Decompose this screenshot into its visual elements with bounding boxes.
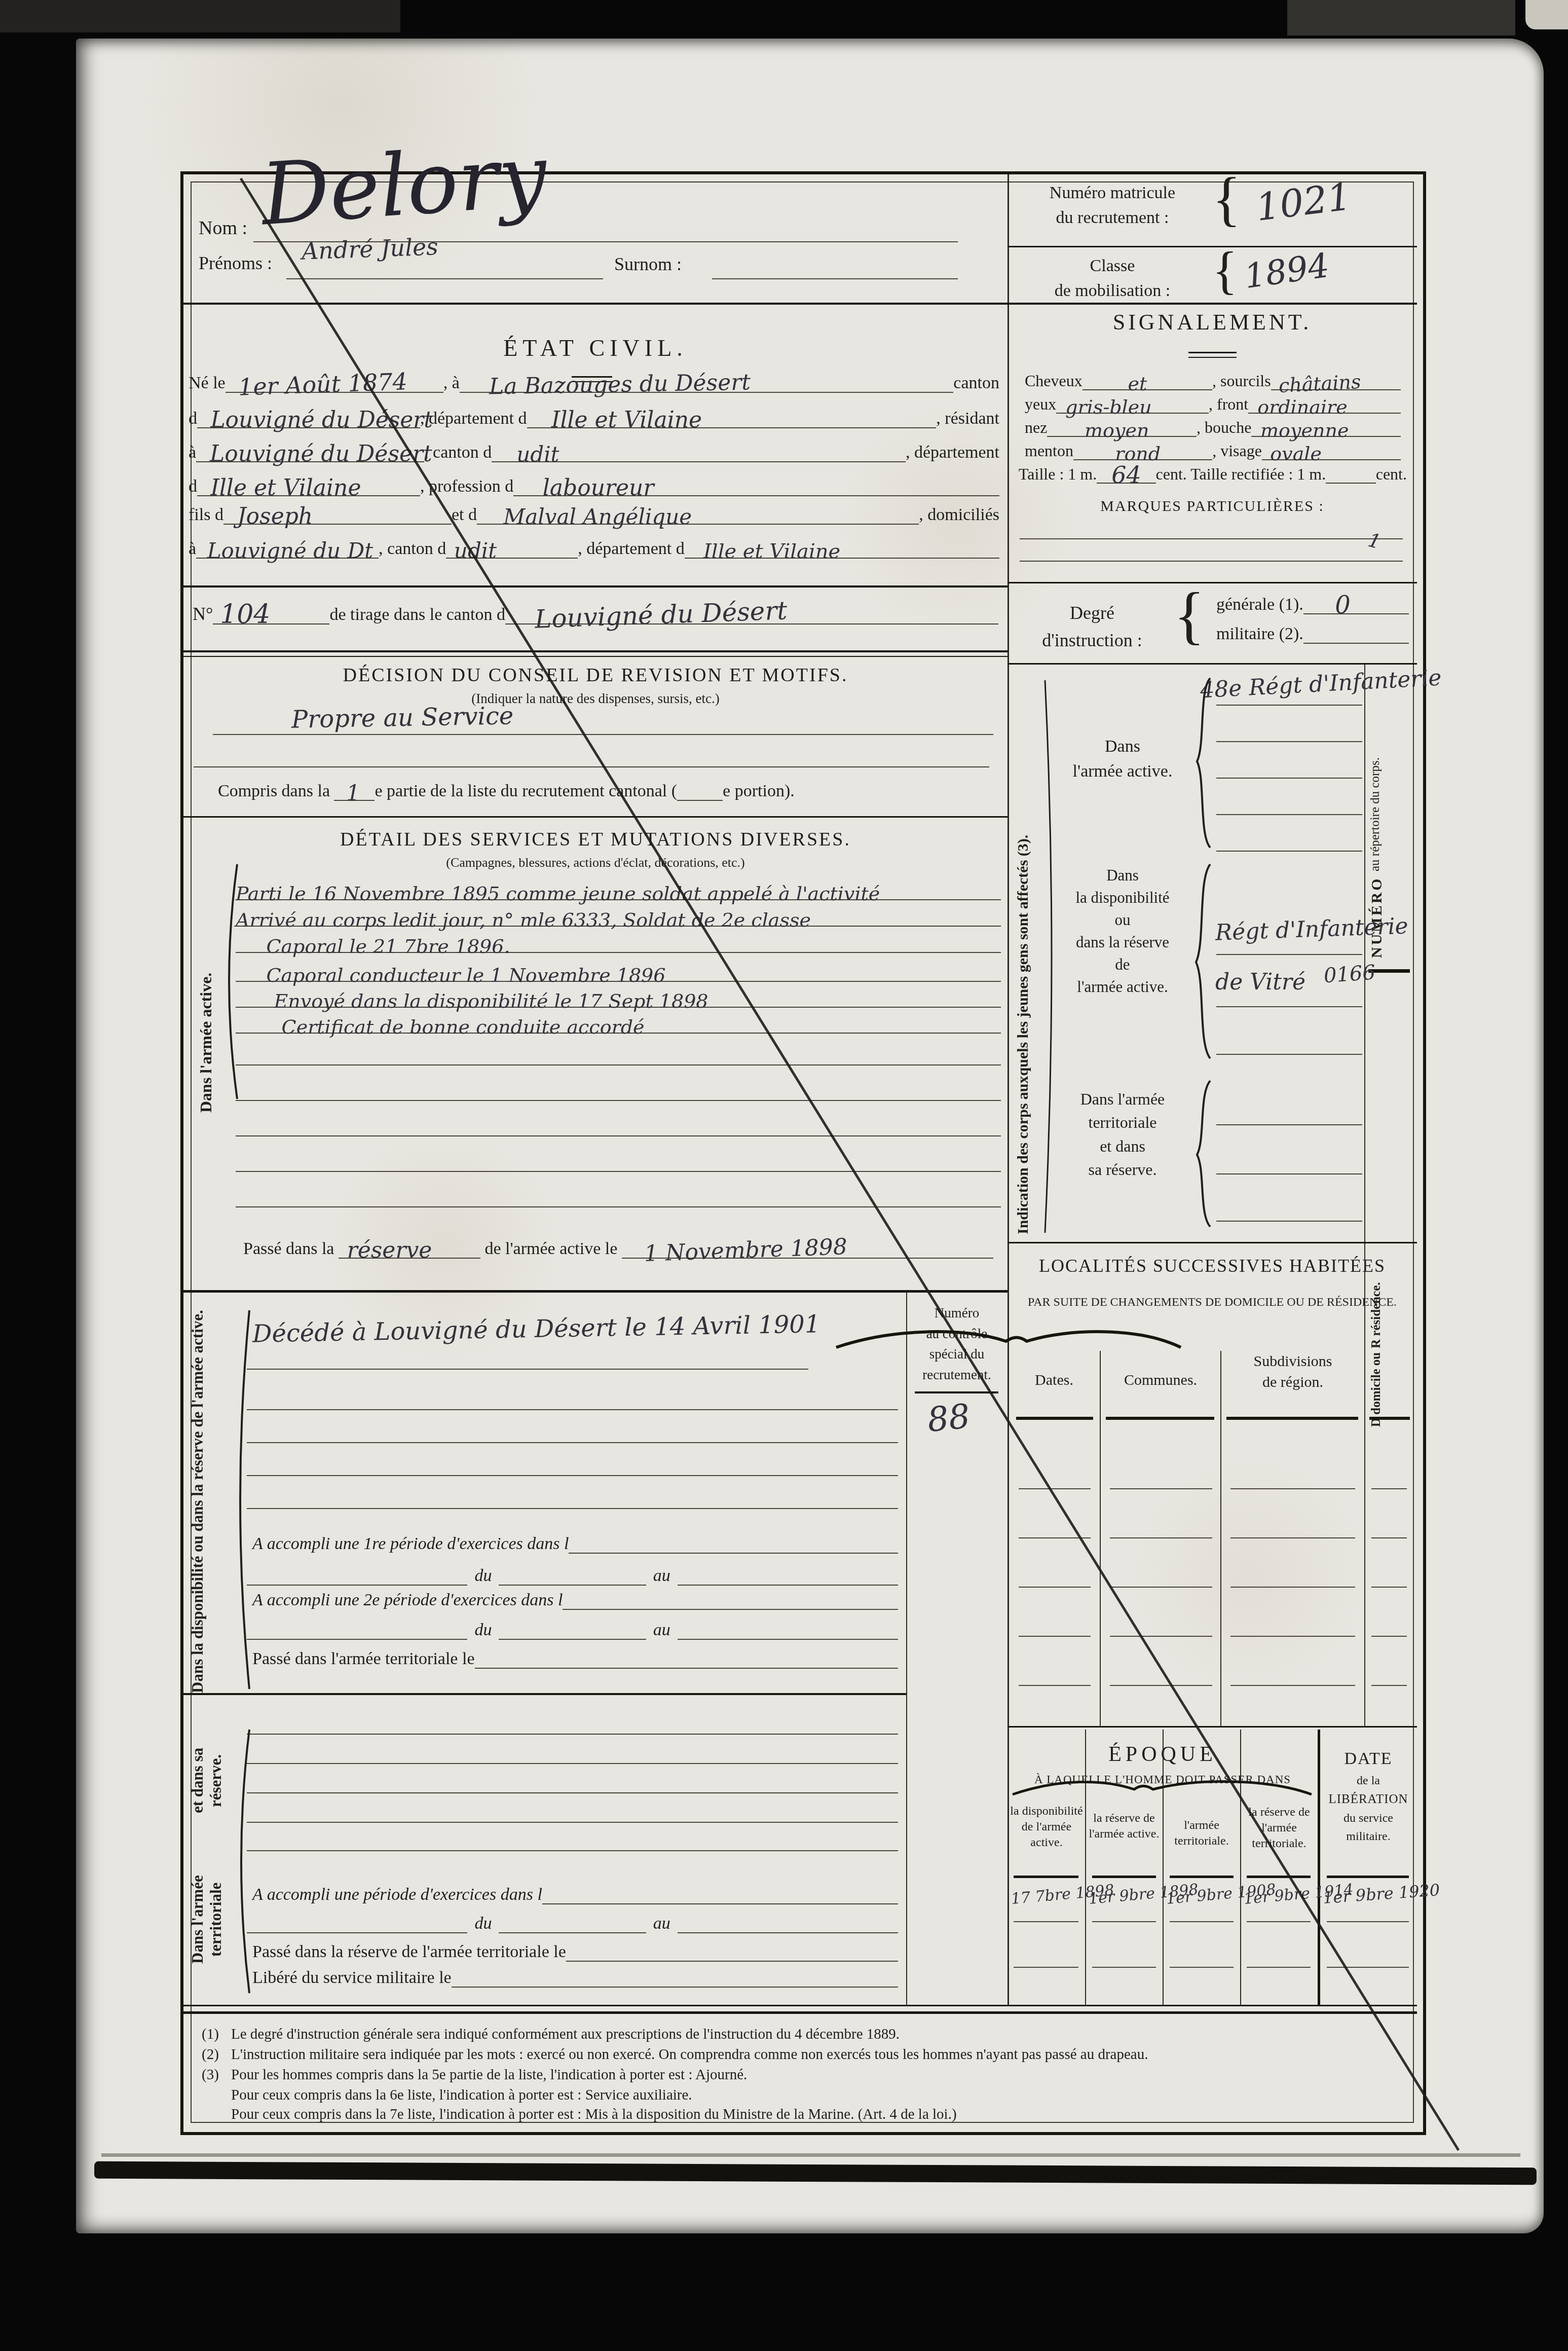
canton-residence-value: udit [516,444,559,465]
profession-field: laboureur [513,495,999,496]
classe-label: Classe de mobilisation : [1014,253,1211,304]
footnote-3c-text: Pour ceux compris dans la 7e liste, l'in… [231,2106,957,2123]
et-d-label: et d [452,505,477,525]
footnotes-top-rule-a [183,2005,1417,2006]
epoque-value-line [1014,1921,1078,1922]
disponibilite-side-label: Dans la disponibilité ou dans la réserve… [189,1308,207,1693]
mere-value: Malval Angélique [503,506,692,528]
double-rule-b [183,656,1007,657]
corps-dispo-numero: 0166 [1323,962,1376,986]
epoque-divider-3 [1240,1730,1241,2005]
footnote-2-text: L'instruction militaire sera indiquée pa… [231,2046,1148,2064]
matricule-label-line1: Numéro matricule [1014,180,1211,205]
epoque-value-line [1092,1921,1156,1922]
localites-header-bar [1369,1417,1410,1420]
localites-title: LOCALITÉS SUCCESSIVES HABITÉES [1007,1256,1417,1276]
service-entry: Parti le 16 Novembre 1895 comme jeune so… [236,871,1001,900]
visage-label: , visage [1212,442,1262,460]
controle-rule [915,1391,998,1393]
blank-line [247,1850,898,1851]
degre-label-line1: Degré [1016,599,1168,627]
corps-terr-line3: et dans [1059,1134,1186,1158]
periode1-line: A accompli une 1re période d'exercices d… [252,1526,898,1554]
corps-dispo-label: Dans la disponibilité ou dans la réserve… [1059,864,1186,998]
disponibilite-side-line1: Dans la disponibilité [189,1556,207,1693]
signalement-row-yeux: yeux gris-bleu , front ordinaire [1025,390,1401,414]
degre-generale-label: générale (1). [1216,595,1303,614]
subdivisions-line2: de région. [1221,1372,1364,1393]
departement-d-label: , département d [578,539,685,559]
corps-dispo-line5: de [1059,953,1186,976]
departement-parents-value: Ille et Vilaine [703,541,840,562]
blank-line [236,1171,1001,1172]
classe-label-line1: Classe [1014,253,1211,278]
epoque-header-bar [1092,1876,1156,1878]
section-rule [1007,663,1417,665]
canton-residence-field: udit [492,461,906,462]
service-entry: Certificat de bonne conduite accordé [236,1006,1001,1034]
passe-territoriale-label: Passé dans l'armée territoriale le [252,1649,475,1669]
tirage-no-label: N° [193,604,213,625]
canton-naissance-value: Louvigné du Désert [210,409,433,431]
footnote-3: (3) Pour les hommes compris dans la 5e p… [202,2066,1408,2084]
matricule-label-line2: du recrutement : [1014,205,1211,230]
terr-du-au-line: du au [247,1906,898,1933]
corps-line [1216,851,1362,852]
marques-label: MARQUES PARTICULIÈRES : [1007,498,1417,515]
au-label: au [646,1620,678,1640]
canton-naissance-field: Louvigné du Désert [197,427,420,428]
nez-label: nez [1025,418,1047,437]
compris-text-1: Compris dans la [218,781,334,801]
nom-label: Nom : [199,218,247,239]
prenoms-blank-line [286,278,603,279]
epoque-date-header: DATE de la LIBÉRATION du service militai… [1320,1746,1416,1846]
menton-label: menton [1025,442,1073,460]
matricule-label: Numéro matricule du recrutement : [1014,180,1211,231]
double-rule-a [183,650,1007,652]
passe-territoriale-line: Passé dans l'armée territoriale le [252,1641,898,1669]
epoque-col-header: la réserve de l'armée territoriale. [1242,1805,1316,1852]
corps-active-line1: Dans [1059,734,1186,759]
blank-line [1020,561,1403,562]
etat-civil-line-3: à Louvigné du Désert , canton d udit , d… [189,435,999,462]
localites-divider-2 [1220,1351,1221,1726]
localites-header-bar [1016,1417,1093,1420]
corps-line [1216,814,1362,815]
section-rule [1007,1242,1417,1243]
localites-divider-1 [1100,1351,1101,1726]
corps-line [1216,1054,1362,1055]
controle-label-line1: Numéro [910,1303,1004,1324]
territoriale-side-label: Dans l'armée territoriale et dans sa rés… [189,1723,225,1997]
taille-value: 64 [1111,463,1141,487]
localites-row-line [1371,1636,1407,1637]
date-header-line3: LIBÉRATION [1320,1790,1416,1809]
domicilies-label: , domiciliés [919,505,999,525]
passe-field-1: réserve [339,1258,480,1259]
periode-terr-field [542,1903,898,1904]
corps-active-label: Dans l'armée active. [1059,734,1186,784]
matricule-brace: { [1212,175,1241,223]
date-naissance-value: 1er Août 1874 [238,370,408,399]
controle-label: Numéro au contrôle spécial du recrutemen… [910,1303,1004,1385]
canton-word: canton [953,373,999,393]
corps-dispo-line3: ou [1059,909,1186,931]
libere-label: Libéré du service militaire le [252,1968,452,1988]
degre-label: Degré d'instruction : [1016,599,1168,654]
footnote-2-number: (2) [202,2046,231,2064]
scanned-register-sheet: Nom : Delory Prénoms : André Jules Surno… [0,0,1568,2351]
du-field [247,1639,467,1640]
corps-terr-line1: Dans l'armée [1059,1087,1186,1111]
mere-field: Malval Angélique [477,524,919,525]
blank-line [247,1508,898,1509]
footnote-1: (1) Le degré d'instruction générale sera… [202,2026,1408,2043]
armee-active-side-label: Dans l'armée active. [197,885,215,1113]
localites-row-line [1230,1636,1355,1637]
tirage-no-value: 104 [220,601,270,628]
localites-row-line [1230,1587,1355,1588]
section-rule [183,585,1007,587]
localites-row-line [1230,1685,1355,1686]
footnote-3b-text: Pour ceux compris dans la 6e liste, l'in… [231,2086,692,2104]
compris-partie-value: 1 [346,783,360,804]
footnote-3-text: Pour les hommes compris dans la 5e parti… [231,2066,747,2084]
canton-parents-value: udit [454,540,497,562]
taille-rectifiee-label: cent. Taille rectifiée : 1 m. [1156,465,1326,484]
service-entry: Caporal le 21 7bre 1896. [236,927,1001,953]
footnote-1-number: (1) [202,2026,231,2043]
profession-d-label: , profession d [420,476,513,496]
corps-dispo-line4: dans la réserve [1059,931,1186,953]
localites-col-communes: Communes. [1101,1372,1220,1388]
residence-field: Louvigné du Désert [196,461,424,462]
canton-d-label: , canton d [379,539,446,559]
date-naissance-field: 1er Août 1874 [226,392,443,393]
tirage-no-field: 104 [213,623,329,625]
localites-row-line [1019,1587,1091,1588]
compris-text-2: e partie de la liste du recrutement cant… [375,781,677,801]
departement-naissance-field: Ille et Vilaine [527,427,937,428]
localites-row-line [1230,1488,1355,1489]
column-divider [1007,174,1009,2006]
lieu-naissance-field: La Bazouges du Désert [460,392,954,393]
localites-subtitle: PAR SUITE DE CHANGEMENTS DE DOMICILE OU … [1007,1296,1417,1309]
periode-terr-label: A accompli une période d'exercices dans … [252,1885,542,1904]
decision-value: Propre au Service [291,704,514,732]
degre-brace: { [1174,589,1205,641]
section-rule [1007,1726,1417,1728]
footnotes-top-rule-b [183,2011,1417,2014]
corps-terr-line2: territoriale [1059,1111,1186,1134]
dr-subcolumn-divider [1364,1243,1365,1726]
cent-label: cent. [1376,465,1407,484]
section-rule [183,303,1417,305]
localites-row-line [1019,1685,1091,1686]
deces-underline [247,1369,808,1370]
departement-residence-value: Ille et Vilaine [210,477,361,499]
title-ornament [1188,352,1237,358]
a-label: , à [443,373,460,393]
surnom-blank-line [712,278,958,279]
localites-header-bar [1106,1417,1214,1420]
corps-side-label: Indication des corps auxquels les jeunes… [1015,674,1032,1234]
date-header-line4: du service [1320,1809,1416,1827]
classe-label-line2: de mobilisation : [1014,278,1211,303]
du-field [247,1932,467,1933]
localites-row-line [1110,1537,1212,1538]
epoque-header-bar [1247,1876,1311,1878]
service-entry: Arrivé au corps ledit jour, n° mle 6333,… [236,897,1001,927]
numero-repertoire-line2: au répertoire du corps. [1368,757,1386,871]
blank-line [247,1442,898,1443]
epoque-divider-1 [1085,1730,1086,2005]
au-label: au [646,1914,678,1933]
services-subtitle: (Campagnes, blessures, actions d'éclat, … [183,856,1007,870]
canton-d-label: , canton d [424,443,492,462]
degre-label-line2: d'instruction : [1016,627,1168,654]
pere-field: Joseph [223,524,452,525]
corps-side-text: Indication des corps auxquels les jeunes… [1015,835,1032,1234]
etat-civil-line-6: à Louvigné du Dt , canton d udit , dépar… [189,531,999,559]
localites-col-subdivisions: Subdivisions de région. [1221,1351,1364,1392]
residence-value: Louvigné du Désert [210,443,432,465]
localites-row-line [1371,1685,1407,1686]
fils-d-label: fils d [189,505,223,525]
footnote-3c: Pour ceux compris dans la 7e liste, l'in… [231,2106,1408,2123]
passe-reserve-terr-label: Passé dans la réserve de l'armée territo… [252,1942,566,1962]
footnote-1-text: Le degré d'instruction générale sera ind… [231,2026,900,2043]
paper-scrap-corner [1525,0,1568,29]
degre-generale-field: 0 [1303,613,1409,614]
corps-dispo-line2: la disponibilité [1059,887,1186,909]
service-entry-text: Certificat de bonne conduite accordé [282,1017,645,1037]
blank-line [247,1475,898,1476]
blank-line [247,1822,898,1823]
service-entry-text: Caporal le 21 7bre 1896. [266,937,510,956]
passe-text-1: Passé dans la [243,1239,339,1259]
decision-blank-line [213,734,993,735]
compris-text-3: e portion). [723,781,795,801]
taille-label: Taille : 1 m. [1019,465,1097,484]
localites-row-line [1371,1587,1407,1588]
epoque-blank-line [1170,1967,1234,1968]
corps-terr-line4: sa réserve. [1059,1158,1186,1181]
periode2-du-au-line: du au [247,1612,898,1640]
localites-header-bar [1226,1417,1358,1420]
section-rule-thick [183,1290,1007,1293]
du-date-field [499,1932,646,1933]
controle-label-line4: recrutement. [910,1365,1004,1385]
a-label: à [189,443,196,462]
services-title: DÉTAIL DES SERVICES ET MUTATIONS DIVERSE… [183,829,1007,851]
epoque-blank-line [1014,1967,1078,1968]
compris-partie-field: 1 [334,800,375,801]
prenoms-label: Prénoms : [199,253,272,274]
corps-line [1216,1006,1362,1007]
blank-line [247,1734,898,1735]
localites-row-line [1110,1587,1212,1588]
signalement-row-taille: Taille : 1 m. 64 cent. Taille rectifiée … [1019,459,1407,484]
subcolumn-divider [906,1292,907,2005]
decision-title: DÉCISION DU CONSEIL DE REVISION ET MOTIF… [183,665,1007,686]
localites-row-line [1110,1488,1212,1489]
etat-civil-line-2: d Louvigné du Désert , département d Ill… [189,401,999,428]
signalement-row-menton: menton rond , visage ovale [1025,437,1401,460]
passe-field-2: 1 Novembre 1898 [622,1258,993,1259]
periode1-label: A accompli une 1re période d'exercices d… [252,1534,569,1554]
epoque-value-line [1170,1921,1234,1922]
corps-line [1216,705,1362,706]
localites-row-line [1019,1636,1091,1637]
service-entry: Envoyé dans la disponibilité le 17 Sept … [236,981,1001,1008]
tirage-canton-field: Louvigné du Désert [505,623,998,625]
du-date-field [499,1639,646,1640]
blank-line [236,1064,1001,1066]
footnote-3b: Pour ceux compris dans la 6e liste, l'in… [231,2086,1408,2104]
periode2-label: A accompli une 2e période d'exercices da… [252,1590,563,1610]
corps-terr-label: Dans l'armée territoriale et dans sa rés… [1059,1087,1186,1182]
yeux-label: yeux [1025,395,1056,414]
blank-line [236,1206,1001,1207]
tirage-text: de tirage dans le canton d [329,605,505,625]
subdivisions-line1: Subdivisions [1221,1351,1364,1372]
localites-row-line [1110,1685,1212,1686]
corps-line [1216,778,1362,779]
service-entry: Caporal conducteur le 1 Novembre 1896 [236,954,1001,982]
dr-line1: D domicile ou [1369,1352,1384,1427]
section-rule [183,816,1007,818]
epoque-value-line [1327,1921,1409,1922]
localites-row-line [1110,1636,1212,1637]
epoque-col-header: l'armée territoriale. [1165,1818,1239,1849]
departement-parents-field: Ille et Vilaine [685,558,999,559]
dr-line2: R résidence. [1369,1282,1384,1348]
degre-militaire-label: militaire (2). [1216,624,1303,644]
territoriale-side-line2: et dans sa réserve. [189,1723,225,1838]
date-header-line2: de la [1320,1772,1416,1790]
blank-line [236,1100,1001,1101]
localites-row-line [1019,1488,1091,1489]
decision-subtitle: (Indiquer la nature des dispenses, sursi… [183,691,1007,707]
section-rule [1007,582,1417,583]
au-date-field [678,1932,898,1933]
numero-subcolumn-divider [1364,665,1365,1242]
territoriale-side-line1: Dans l'armée territoriale [189,1842,225,1997]
lieu-naissance-value: La Bazouges du Désert [489,372,751,398]
profession-value: laboureur [543,477,654,499]
domicile-parents-field: Louvigné du Dt [196,558,379,559]
dr-side-label: D domicile ou R résidence. [1369,1275,1384,1427]
service-entry-field: Certificat de bonne conduite accordé [236,1033,1001,1034]
epoque-blank-line [1247,1967,1311,1968]
residant-label: , résidant [936,409,999,428]
passe-reserve-terr-line: Passé dans la réserve de l'armée territo… [252,1934,898,1962]
epoque-header-bar [1014,1876,1078,1878]
bouche-label: , bouche [1197,418,1251,437]
epoque-header-bar [1327,1876,1409,1878]
etat-civil-line-5: fils d Joseph et d Malval Angélique , do… [189,497,999,525]
degre-generale-value: 0 [1335,593,1351,617]
degre-generale-line: générale (1). 0 [1216,591,1409,614]
domicile-parents-value: Louvigné du Dt [207,540,373,562]
corps-dispo-value-2: de Vitré [1215,971,1305,994]
du-label: du [467,1914,499,1933]
corps-line [1216,954,1362,955]
au-date-field [678,1639,898,1640]
corps-dispo-line1: Dans [1059,864,1186,887]
cheveux-label: Cheveux [1025,372,1082,390]
epoque-blank-line [1092,1967,1156,1968]
libere-line: Libéré du service militaire le [252,1960,898,1988]
departement-word: , département [906,443,999,462]
corps-dispo-value-1: Régt d'Infanterie [1215,915,1408,944]
d-label: d [189,476,197,496]
controle-label-line3: spécial du [910,1344,1004,1365]
canton-parents-field: udit [446,558,578,559]
signalement-row-nez: nez moyen , bouche moyenne [1025,414,1401,437]
localites-row-line [1019,1537,1091,1538]
corps-line [1216,741,1362,742]
periode1-du-au-line: du au [247,1558,898,1586]
passe-territoriale-field [475,1668,899,1669]
service-entry-field: Caporal le 21 7bre 1896. [236,952,1001,953]
etat-civil-title: ÉTAT CIVIL. [183,336,1007,361]
compris-line: Compris dans la 1 e partie de la liste d… [218,778,902,801]
armee-active-side-text: Dans l'armée active. [197,973,215,1113]
blank-line [247,1409,898,1410]
taille-field: 64 [1097,483,1155,484]
degre-militaire-field [1303,643,1409,644]
localites-row-line [1371,1488,1407,1489]
epoque-header-bar [1170,1876,1234,1878]
periode-terr-line: A accompli une période d'exercices dans … [252,1877,898,1904]
tirage-line: N° 104 de tirage dans le canton d Louvig… [193,597,998,625]
pere-value: Joseph [237,505,313,528]
scan-edge-top-right [1287,0,1515,35]
disponibilite-side-line2: ou dans la réserve de l'armée active. [189,1310,207,1552]
surnom-label: Surnom : [614,254,682,275]
periode2-field [563,1609,898,1610]
classe-brace: { [1212,249,1238,291]
taille-rectifiee-field [1326,483,1375,484]
sourcils-label: , sourcils [1212,372,1271,390]
etat-civil-line-4: d Ille et Vilaine , profession d laboure… [189,469,999,496]
periode2-line: A accompli une 2e période d'exercices da… [252,1583,898,1610]
compris-portion-field [677,800,723,801]
controle-label-line2: au contrôle [910,1324,1004,1344]
signalement-row-cheveux: Cheveux et , sourcils châtains [1025,367,1401,390]
controle-value: 88 [926,1400,972,1437]
a-label: à [189,539,196,559]
localites-row-line [1371,1537,1407,1538]
epoque-divider-2 [1163,1730,1164,2005]
footnote-2: (2) L'instruction militaire sera indiqué… [202,2046,1408,2064]
corps-active-line2: l'armée active. [1059,759,1186,784]
blank-line [236,1135,1001,1136]
libere-field [452,1987,898,1988]
departement-d-label: , département d [420,409,527,428]
epoque-value-line [1247,1921,1311,1922]
passe-text-2: de l'armée active le [480,1239,622,1259]
departement-residence-field: Ille et Vilaine [197,495,420,496]
departement-naissance-value: Ille et Vilaine [551,409,702,431]
degre-militaire-line: militaire (2). [1216,620,1409,644]
corps-line [1216,1173,1362,1174]
epoque-col-header: la disponibilité de l'armée active. [1010,1804,1084,1851]
blank-line [247,1792,898,1793]
